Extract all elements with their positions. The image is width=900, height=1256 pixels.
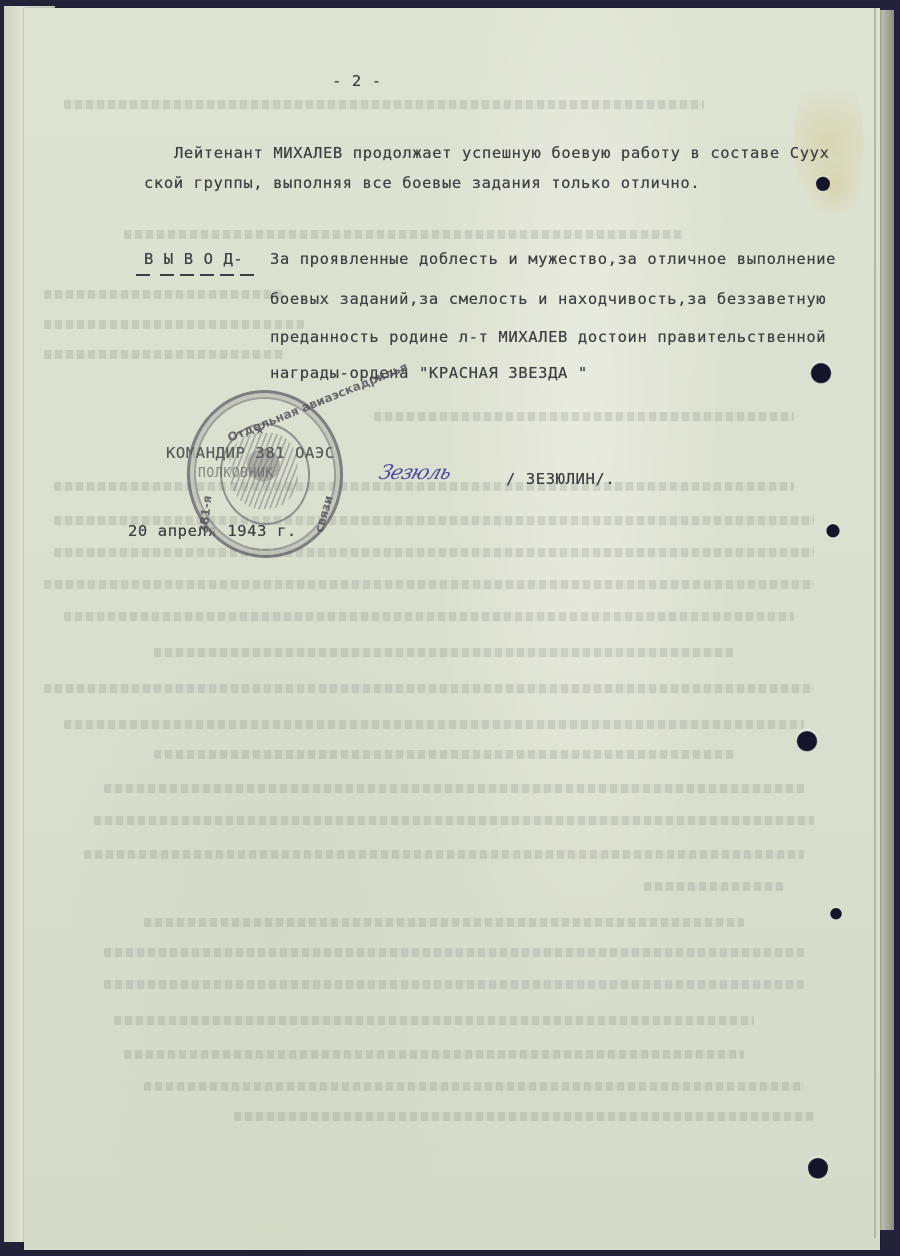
bleed-through-line xyxy=(64,612,794,621)
punch-hole xyxy=(830,906,842,920)
document-page: - 2 - Лейтенант МИХАЛЕВ продолжает успеш… xyxy=(24,8,880,1250)
conclusion-label: В Ы В О Д- xyxy=(144,250,243,268)
bleed-through-line xyxy=(64,100,704,109)
page-edge xyxy=(874,8,876,1238)
punch-hole xyxy=(796,728,818,752)
punch-hole xyxy=(816,174,830,192)
underline-dash xyxy=(136,274,150,276)
conclusion-line: преданность родине л-т МИХАЛЕВ достоин п… xyxy=(270,328,826,346)
bleed-through-line xyxy=(144,918,744,927)
punch-hole xyxy=(826,522,840,538)
conclusion-line: За проявленные доблесть и мужество,за от… xyxy=(270,250,836,268)
bleed-through-line xyxy=(114,1016,754,1025)
underline-dash xyxy=(180,274,194,276)
paragraph-line: Лейтенант МИХАЛЕВ продолжает успешную бо… xyxy=(174,144,830,162)
bleed-through-line xyxy=(154,648,734,657)
handwritten-signature: Зезюль xyxy=(376,460,454,484)
bleed-through-line xyxy=(644,882,784,891)
bleed-through-line xyxy=(124,1050,744,1059)
bleed-through-line xyxy=(94,816,814,825)
bleed-through-line xyxy=(44,290,284,299)
punch-hole xyxy=(810,360,832,384)
bleed-through-line xyxy=(374,412,794,421)
paragraph-line: ской группы, выполняя все боевые задания… xyxy=(144,174,700,192)
bleed-through-line xyxy=(104,784,804,793)
bleed-through-line xyxy=(104,948,804,957)
signatory-name: / ЗЕЗЮЛИН/. xyxy=(506,470,615,488)
bleed-through-line xyxy=(84,850,804,859)
bleed-through-line xyxy=(44,350,284,359)
bleed-through-line xyxy=(234,1112,814,1121)
underline-dash xyxy=(160,274,174,276)
page-number: - 2 - xyxy=(332,72,382,90)
bleed-through-line xyxy=(154,750,734,759)
bleed-through-line xyxy=(44,320,304,329)
conclusion-line: боевых заданий,за смелость и находчивост… xyxy=(270,290,826,308)
bleed-through-line xyxy=(44,580,814,589)
seal-ring-text-right: связи xyxy=(312,494,336,534)
punch-hole xyxy=(808,1154,828,1180)
seal-ring-text-left: 381-я xyxy=(197,495,215,534)
water-stain xyxy=(804,158,864,218)
bleed-through-line xyxy=(144,1082,804,1091)
bleed-through-line xyxy=(64,720,804,729)
bleed-through-line xyxy=(124,230,684,239)
bleed-through-line xyxy=(104,980,804,989)
underline-dash xyxy=(240,274,254,276)
bleed-through-line xyxy=(44,684,814,693)
conclusion-line: награды-ордена "КРАСНАЯ ЗВЕЗДА " xyxy=(270,364,588,382)
bleed-through-line xyxy=(54,548,814,557)
underline-dash xyxy=(220,274,234,276)
underline-dash xyxy=(200,274,214,276)
